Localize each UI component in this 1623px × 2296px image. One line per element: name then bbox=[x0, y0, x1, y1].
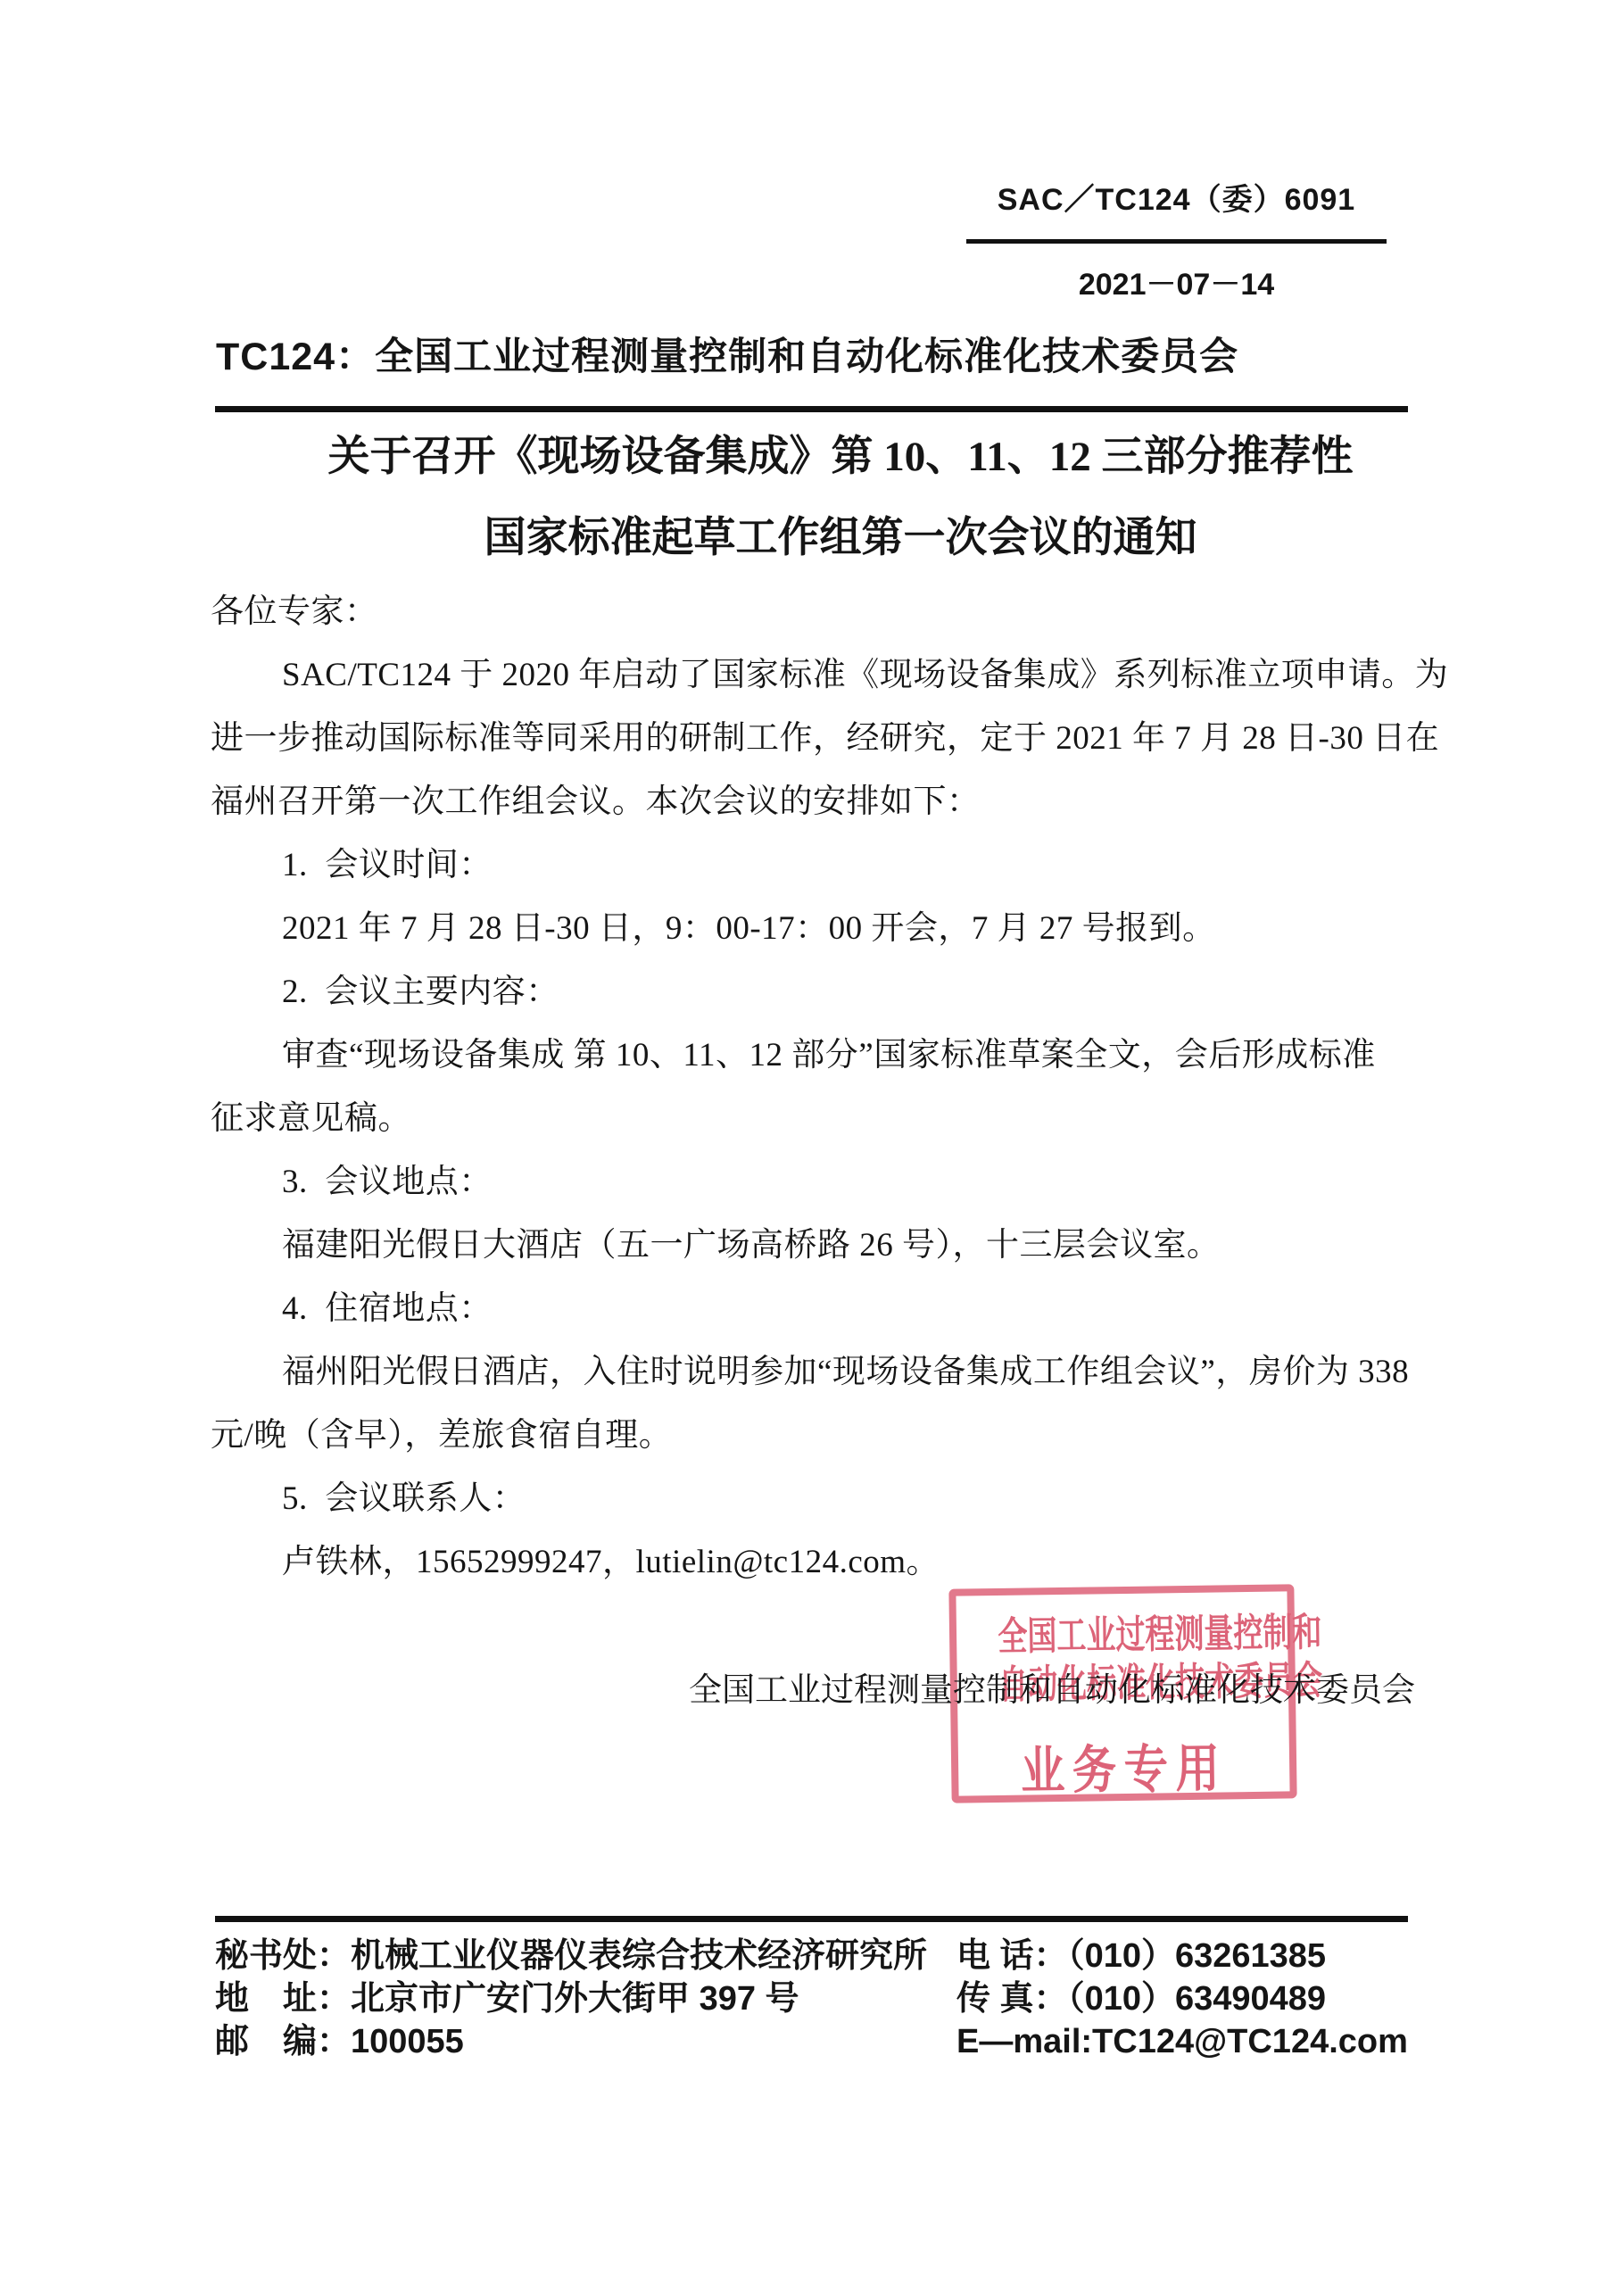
footer-fax-label: 传 真： bbox=[956, 1980, 1068, 2018]
footer-fax: 传 真：（010）63490489 bbox=[956, 1977, 1408, 2020]
document-page: SAC／TC124（委）6091 2021－07－14 TC124：全国工业过程… bbox=[0, 0, 1623, 2296]
footer-postcode-label: 邮 编： bbox=[215, 2023, 351, 2060]
doc-date: 2021－07－14 bbox=[966, 267, 1387, 303]
footer-phone: 电 话：（010）63261385 bbox=[956, 1935, 1408, 1977]
footer-phone-label: 电 话： bbox=[956, 1937, 1068, 1975]
signature-committee-name: 全国工业过程测量控制和自动化标准化技术委员会 bbox=[211, 1671, 1415, 1711]
body-line-item4-label: 4. 住宿地点： bbox=[211, 1277, 1420, 1340]
body-line-para1-3: 福州召开第一次工作组会议。本次会议的安排如下： bbox=[211, 770, 1420, 833]
footer-email: E—mail:TC124@TC124.com bbox=[956, 2020, 1408, 2063]
footer-postcode-value: 100055 bbox=[351, 2023, 464, 2060]
footer-secretariat: 秘书处：机械工业仪器仪表综合技术经济研究所 bbox=[215, 1935, 927, 1977]
footer-email-value: TC124@TC124.com bbox=[1092, 2023, 1408, 2060]
doc-number: SAC／TC124（委）6091 bbox=[966, 182, 1387, 218]
footer-address-value: 北京市广安门外大街甲 397 号 bbox=[351, 1980, 799, 2018]
body-line-para1-1: SAC/TC124 于 2020 年启动了国家标准《现场设备集成》系列标准立项申… bbox=[211, 643, 1420, 707]
body-line-salutation: 各位专家： bbox=[211, 580, 1420, 643]
footer-secretariat-label: 秘书处： bbox=[215, 1937, 351, 1975]
footer-divider-rule bbox=[215, 1916, 1408, 1922]
footer-phone-value: （010）63261385 bbox=[1068, 1937, 1326, 1975]
footer-secretariat-value: 机械工业仪器仪表综合技术经济研究所 bbox=[351, 1937, 927, 1975]
committee-heading: TC124：全国工业过程测量控制和自动化标准化技术委员会 bbox=[216, 336, 1238, 378]
notice-body: 各位专家： SAC/TC124 于 2020 年启动了国家标准《现场设备集成》系… bbox=[211, 580, 1420, 1594]
stamp-text-line3: 业务专用 bbox=[982, 1726, 1264, 1804]
body-line-item2-detail1: 审查“现场设备集成 第 10、11、12 部分”国家标准草案全文，会后形成标准 bbox=[211, 1024, 1420, 1087]
body-line-para1-2: 进一步推动国际标准等同采用的研制工作，经研究，定于 2021 年 7 月 28 … bbox=[211, 707, 1420, 770]
notice-title-line1: 关于召开《现场设备集成》第 10、11、12 三部分推荐性 bbox=[237, 434, 1444, 480]
footer-postcode: 邮 编：100055 bbox=[215, 2020, 927, 2063]
body-line-item3-detail: 福建阳光假日大酒店（五一广场高桥路 26 号），十三层会议室。 bbox=[211, 1214, 1420, 1277]
body-line-item2-label: 2. 会议主要内容： bbox=[211, 960, 1420, 1024]
footer-address-label: 地 址： bbox=[215, 1980, 351, 2018]
footer-fax-value: （010）63490489 bbox=[1068, 1980, 1326, 2018]
footer-right-column: 电 话：（010）63261385 传 真：（010）63490489 E—ma… bbox=[956, 1935, 1408, 2063]
footer-address: 地 址：北京市广安门外大街甲 397 号 bbox=[215, 1977, 927, 2020]
body-line-item2-detail2: 征求意见稿。 bbox=[211, 1087, 1420, 1150]
notice-title-line2: 国家标准起草工作组第一次会议的通知 bbox=[237, 515, 1444, 561]
header-divider-rule bbox=[215, 406, 1408, 412]
body-line-item1-label: 1. 会议时间： bbox=[211, 833, 1420, 897]
body-line-item1-detail: 2021 年 7 月 28 日-30 日，9：00-17：00 开会，7 月 2… bbox=[211, 897, 1420, 960]
footer-email-label: E—mail: bbox=[956, 2023, 1092, 2060]
body-line-item5-label: 5. 会议联系人： bbox=[211, 1467, 1420, 1530]
body-line-item4-detail1: 福州阳光假日酒店，入住时说明参加“现场设备集成工作组会议”，房价为 338 bbox=[211, 1340, 1420, 1404]
body-line-item4-detail2: 元/晚（含早），差旅食宿自理。 bbox=[211, 1404, 1420, 1467]
footer-left-column: 秘书处：机械工业仪器仪表综合技术经济研究所 地 址：北京市广安门外大街甲 397… bbox=[215, 1935, 927, 2063]
doc-number-underline bbox=[966, 239, 1387, 244]
body-line-item3-label: 3. 会议地点： bbox=[211, 1150, 1420, 1214]
